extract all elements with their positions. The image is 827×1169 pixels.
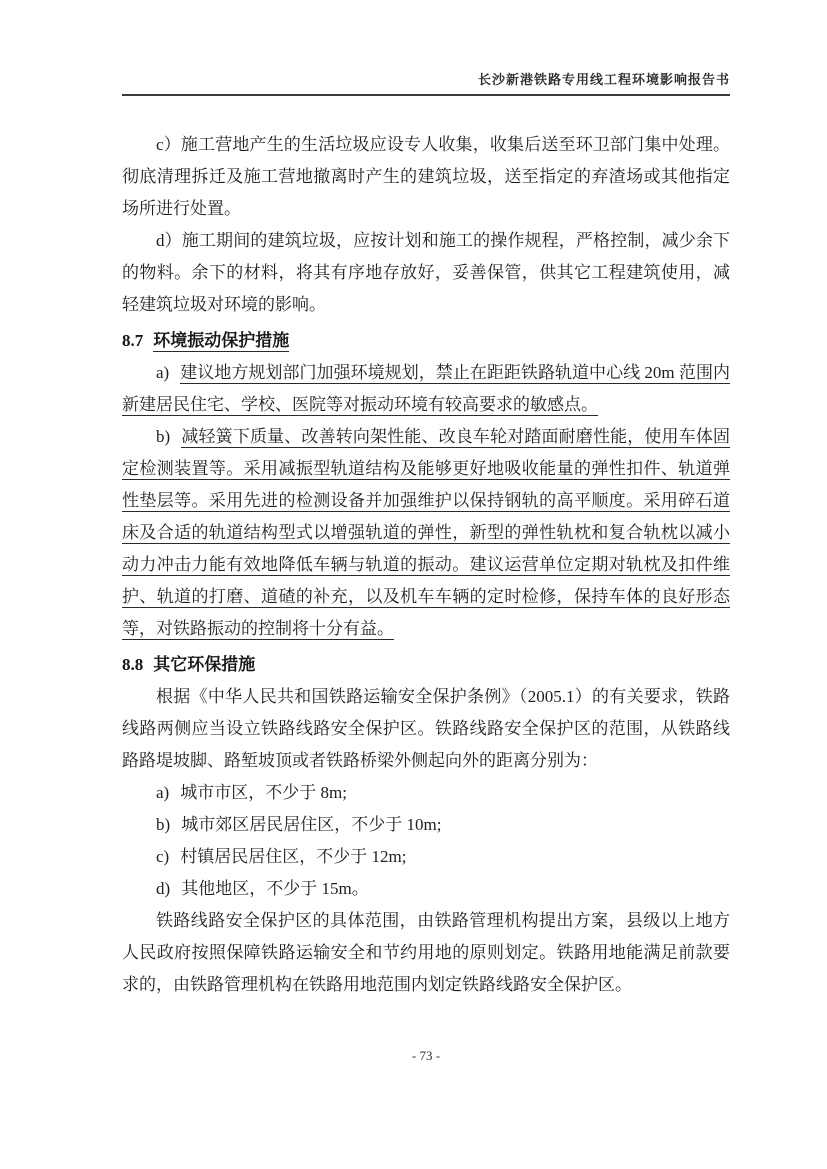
section-title-8-7: 环境振动保护措施 [153,331,289,352]
section-number-8-7: 8.7 [122,331,143,350]
section-heading-8-7: 8.7环境振动保护措施 [122,325,730,357]
paragraph-final-text: 铁路线路安全保护区的具体范围，由铁路管理机构提出方案，县级以上地方人民政府按照保… [122,911,730,994]
vibration-item-a-label: a) [156,363,169,382]
paragraph-c-text: 施工营地产生的生活垃圾应设专人收集，收集后送至环卫部门集中处理。彻底清理拆迁及施… [122,135,730,218]
zone-item-a-text: 城市市区，不少于 8m; [180,783,347,802]
header-title: 长沙新港铁路专用线工程环境影响报告书 [122,72,730,94]
content-area: 长沙新港铁路专用线工程环境影响报告书 c）施工营地产生的生活垃圾应设专人收集，收… [122,72,730,1001]
paragraph-c-label: c） [156,135,181,154]
paragraph-d-text: 施工期间的建筑垃圾，应按计划和施工的操作规程，严格控制，减少余下的物料。余下的材… [122,231,730,314]
zone-list-item-a: a)城市市区，不少于 8m; [122,777,730,809]
page-number: - 73 - [412,1048,440,1063]
paragraph-d: d）施工期间的建筑垃圾，应按计划和施工的操作规程，严格控制，减少余下的物料。余下… [122,225,730,321]
vibration-item-b-label: b) [156,427,170,446]
section-heading-8-8: 8.8其它环保措施 [122,649,730,681]
paragraph-final: 铁路线路安全保护区的具体范围，由铁路管理机构提出方案，县级以上地方人民政府按照保… [122,905,730,1001]
zone-item-c-label: c) [156,847,169,866]
page-header: 长沙新港铁路专用线工程环境影响报告书 [122,72,730,96]
header-rule [122,94,730,96]
vibration-item-b-text: 减轻簧下质量、改善转向架性能、改良车轮对踏面耐磨性能，使用车体固定检测装置等。采… [122,427,730,640]
zone-item-d-label: d) [156,879,170,898]
zone-item-a-label: a) [156,783,169,802]
paragraph-basis: 根据《中华人民共和国铁路运输安全保护条例》（2005.1）的有关要求，铁路线路两… [122,681,730,777]
page-footer: - 73 - [122,1048,730,1064]
document-body: c）施工营地产生的生活垃圾应设专人收集，收集后送至环卫部门集中处理。彻底清理拆迁… [122,129,730,1001]
vibration-item-a: a)建议地方规划部门加强环境规划，禁止在距距铁路轨道中心线 20m 范围内新建居… [122,357,730,421]
zone-list-item-c: c)村镇居民居住区，不少于 12m; [122,841,730,873]
vibration-item-b: b)减轻簧下质量、改善转向架性能、改良车轮对踏面耐磨性能，使用车体固定检测装置等… [122,421,730,645]
vibration-item-a-text: 建议地方规划部门加强环境规划，禁止在距距铁路轨道中心线 20m 范围内新建居民住… [122,363,730,416]
section-title-8-8: 其它环保措施 [153,655,255,674]
zone-list-item-d: d)其他地区，不少于 15m。 [122,873,730,905]
paragraph-basis-text: 根据《中华人民共和国铁路运输安全保护条例》（2005.1）的有关要求，铁路线路两… [122,687,730,770]
paragraph-d-label: d） [156,231,182,250]
zone-item-c-text: 村镇居民居住区，不少于 12m; [180,847,406,866]
document-page: 长沙新港铁路专用线工程环境影响报告书 c）施工营地产生的生活垃圾应设专人收集，收… [0,0,827,1169]
zone-item-b-text: 城市郊区居民居住区，不少于 10m; [181,815,441,834]
zone-item-b-label: b) [156,815,170,834]
paragraph-c: c）施工营地产生的生活垃圾应设专人收集，收集后送至环卫部门集中处理。彻底清理拆迁… [122,129,730,225]
section-number-8-8: 8.8 [122,655,143,674]
zone-list-item-b: b)城市郊区居民居住区，不少于 10m; [122,809,730,841]
zone-item-d-text: 其他地区，不少于 15m。 [181,879,368,898]
